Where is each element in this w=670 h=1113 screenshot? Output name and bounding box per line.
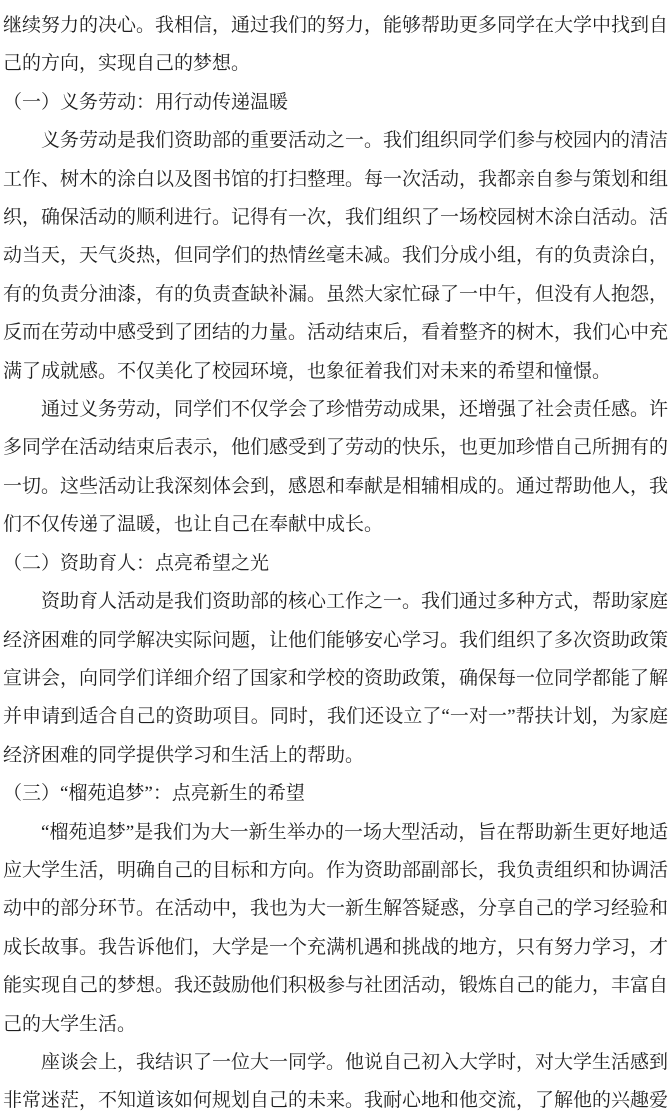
section-heading-1: （一）义务劳动：用行动传递温暖	[3, 84, 668, 122]
section-heading-2: （二）资助育人：点亮希望之光	[3, 545, 668, 583]
paragraph-continued: 继续努力的决心。我相信，通过我们的努力，能够帮助更多同学在大学中找到自己的方向，…	[3, 7, 668, 84]
paragraph-volunteer-reflection: 通过义务劳动，同学们不仅学会了珍惜劳动成果，还增强了社会责任感。许多同学在活动结…	[3, 391, 668, 545]
paragraph-funding-support: 资助育人活动是我们资助部的核心工作之一。我们通过多种方式，帮助家庭经济困难的同学…	[3, 583, 668, 775]
paragraph-liuyuan-dream: “榴苑追梦”是我们为大一新生举办的一场大型活动，旨在帮助新生更好地适应大学生活，…	[3, 814, 668, 1044]
paragraph-freshman-talk: 座谈会上，我结识了一位大一同学。他说自己初入大学时，对大学生活感到非常迷茫，不知…	[3, 1044, 668, 1113]
section-heading-3: （三）“榴苑追梦”：点亮新生的希望	[3, 775, 668, 813]
document-page: 继续努力的决心。我相信，通过我们的努力，能够帮助更多同学在大学中找到自己的方向，…	[0, 0, 670, 1113]
paragraph-volunteer-labor: 义务劳动是我们资助部的重要活动之一。我们组织同学们参与校园内的清洁工作、树木的涂…	[3, 122, 668, 391]
